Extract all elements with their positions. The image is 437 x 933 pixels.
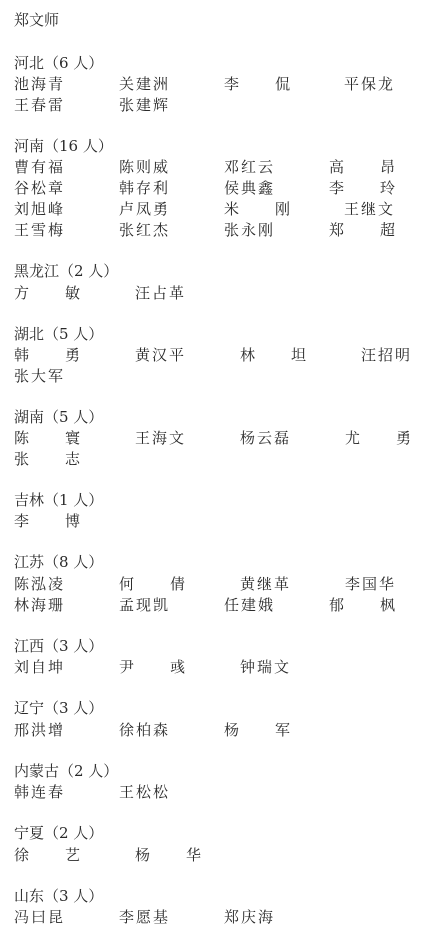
- name-cell: 郁 枫: [329, 595, 397, 615]
- section-heading-henan: 河南（16 人）: [14, 136, 113, 156]
- name-row: 韩 勇 黄汉平 林 坦 汪招明: [0, 345, 437, 365]
- name-cell: 陈泓凌: [14, 574, 65, 594]
- name-cell: 刘自坤: [14, 657, 65, 677]
- name-cell: 王继文: [344, 199, 395, 219]
- name-cell: 王春雷: [14, 95, 65, 115]
- name-row: 邢洪增 徐柏森 杨 军: [0, 720, 437, 740]
- name-cell: 陈 寰: [14, 428, 82, 448]
- name-cell: 韩存利: [119, 178, 170, 198]
- name-cell: 尹 彧: [119, 657, 187, 677]
- section-heading-ningxia: 宁夏（2 人）: [14, 823, 103, 843]
- name-row: 王雪梅 张红杰 张永刚 郑 超: [0, 220, 437, 240]
- name-cell: 尤 勇: [345, 428, 413, 448]
- name-cell: 李 博: [14, 511, 82, 531]
- name-cell: 关建洲: [119, 74, 170, 94]
- name-cell: 张 志: [14, 449, 82, 469]
- name-cell: 王雪梅: [14, 220, 65, 240]
- name-cell: 孟现凯: [119, 595, 170, 615]
- name-row: 韩连春 王松松: [0, 782, 437, 802]
- name-row: 刘自坤 尹 彧 钟瑞文: [0, 657, 437, 677]
- section-heading-jiangxi: 江西（3 人）: [14, 636, 103, 656]
- name-cell: 平保龙: [344, 74, 395, 94]
- name-row: 张 志: [0, 449, 437, 469]
- name-cell: 侯典鑫: [224, 178, 275, 198]
- name-cell: 黄汉平: [135, 345, 186, 365]
- name-cell: 李国华: [345, 574, 396, 594]
- name-cell: 郑 超: [329, 220, 397, 240]
- name-cell: 李 侃: [224, 74, 292, 94]
- name-cell: 郑庆海: [224, 907, 275, 927]
- name-cell: 林 坦: [240, 345, 308, 365]
- name-cell: 任建娥: [224, 595, 275, 615]
- name-row: 徐 艺 杨 华: [0, 845, 437, 865]
- name-cell: 米 刚: [224, 199, 292, 219]
- name-row: 陈 寰 王海文 杨云磊 尤 勇: [0, 428, 437, 448]
- name-row: 冯曰昆 李愿基 郑庆海: [0, 907, 437, 927]
- name-cell: 高 昂: [329, 157, 397, 177]
- section-heading-jiangsu: 江苏（8 人）: [14, 552, 103, 572]
- section-heading-hubei: 湖北（5 人）: [14, 324, 103, 344]
- name-cell: 方 敏: [14, 283, 82, 303]
- name-cell: 王海文: [135, 428, 186, 448]
- name-cell: 张大军: [14, 366, 65, 386]
- name-cell: 杨 华: [135, 845, 203, 865]
- name-cell: 邓红云: [224, 157, 275, 177]
- name-row: 张大军: [0, 366, 437, 386]
- document-page: 郑文师 河北（6 人） 池海青 关建洲 李 侃 平保龙 王春雷 张建辉 河南（1…: [0, 0, 437, 933]
- name-row: 刘旭峰 卢凤勇 米 刚 王继文: [0, 199, 437, 219]
- name-row: 王春雷 张建辉: [0, 95, 437, 115]
- name-cell: 李愿基: [119, 907, 170, 927]
- name-cell: 林海珊: [14, 595, 65, 615]
- name-cell: 王松松: [119, 782, 170, 802]
- name-cell: 曹有福: [14, 157, 65, 177]
- name-cell: 何 倩: [119, 574, 187, 594]
- name-cell: 池海青: [14, 74, 65, 94]
- name-cell: 谷松章: [14, 178, 65, 198]
- name-row: 池海青 关建洲 李 侃 平保龙: [0, 74, 437, 94]
- name-row: 谷松章 韩存利 侯典鑫 李 玲: [0, 178, 437, 198]
- name-cell: 张永刚: [224, 220, 275, 240]
- name-row: 曹有福 陈则威 邓红云 高 昂: [0, 157, 437, 177]
- section-heading-shandong: 山东（3 人）: [14, 886, 103, 906]
- name-cell: 卢凤勇: [119, 199, 170, 219]
- section-heading-jilin: 吉林（1 人）: [14, 490, 103, 510]
- name-cell: 陈则威: [119, 157, 170, 177]
- name-row: 陈泓凌 何 倩 黄继革 李国华: [0, 574, 437, 594]
- name-row: 李 博: [0, 511, 437, 531]
- name-cell: 冯曰昆: [14, 907, 65, 927]
- name-cell: 韩 勇: [14, 345, 82, 365]
- name-cell: 汪招明: [361, 345, 412, 365]
- name-cell: 黄继革: [240, 574, 291, 594]
- name-cell: 李 玲: [329, 178, 397, 198]
- name-cell: 徐柏森: [119, 720, 170, 740]
- name-row: 林海珊 孟现凯 任建娥 郁 枫: [0, 595, 437, 615]
- section-heading-hunan: 湖南（5 人）: [14, 407, 103, 427]
- name-cell: 徐 艺: [14, 845, 82, 865]
- document-title: 郑文师: [14, 10, 59, 30]
- name-cell: 钟瑞文: [240, 657, 291, 677]
- section-heading-heilongjiang: 黑龙江（2 人）: [14, 261, 118, 281]
- name-cell: 张建辉: [119, 95, 170, 115]
- name-cell: 刘旭峰: [14, 199, 65, 219]
- name-cell: 杨云磊: [240, 428, 291, 448]
- name-cell: 杨 军: [224, 720, 292, 740]
- name-cell: 汪占革: [135, 283, 186, 303]
- name-cell: 韩连春: [14, 782, 65, 802]
- section-heading-neimenggu: 内蒙古（2 人）: [14, 761, 118, 781]
- name-cell: 张红杰: [119, 220, 170, 240]
- section-heading-hebei: 河北（6 人）: [14, 53, 103, 73]
- section-heading-liaoning: 辽宁（3 人）: [14, 698, 103, 718]
- name-cell: 邢洪增: [14, 720, 65, 740]
- name-row: 方 敏 汪占革: [0, 283, 437, 303]
